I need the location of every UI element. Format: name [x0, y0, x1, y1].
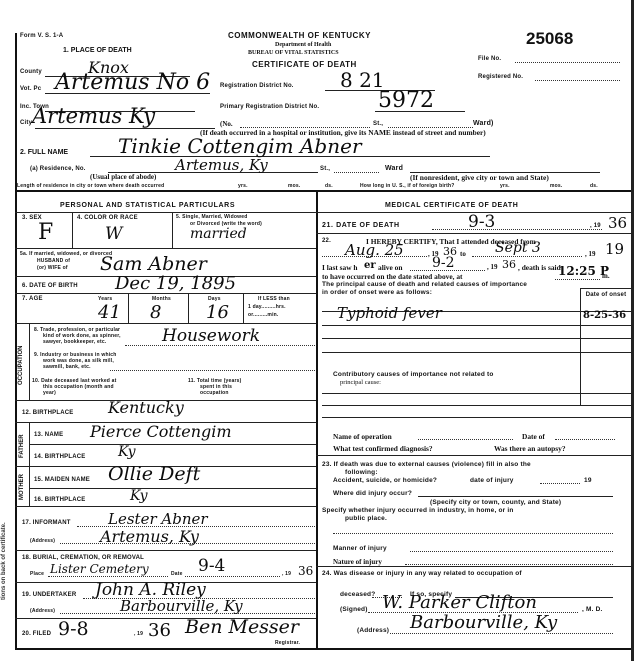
signed-label: (Signed) [340, 606, 368, 613]
last-saw-label: I last saw h [322, 263, 358, 272]
marital-label-1: 5. Single, Married, Widowed [176, 214, 247, 220]
less-label-1: If LESS than [258, 296, 290, 302]
full-name-label: 2. FULL NAME [20, 149, 68, 156]
spouse-label-1: 5a. If married, widowed, or divorced [20, 251, 112, 257]
md-label: , M. D. [582, 606, 603, 613]
department: Department of Health [275, 42, 331, 48]
burial-date-value: 9-4 [198, 556, 225, 576]
st-label: St., [373, 121, 383, 127]
mother-name-value: Ollie Deft [108, 463, 200, 485]
state-title: COMMONWEALTH OF KENTUCKY [228, 31, 371, 40]
registrar-signature: Ben Messer [185, 616, 299, 638]
sex-value: F [38, 220, 53, 245]
mother-birthplace-value: Ky [130, 488, 147, 504]
cause-of-death-value: Typhoid fever [337, 304, 442, 322]
father-birthplace-label: 14. BIRTHPLACE [34, 454, 85, 460]
last-saw-value: 9-2 [432, 255, 455, 271]
registrar-label: Registrar. [275, 640, 300, 646]
undertaker-address-value: Barbourville, Ky [120, 597, 243, 615]
us-mos: mos. [550, 183, 562, 189]
physician-signature: W. Parker Clifton [382, 592, 537, 613]
full-name-value: Tinkie Cottengim Abner [118, 134, 362, 158]
injury-year-prefix: 19 [584, 477, 592, 484]
vot-value: Artemus No 6 [55, 70, 210, 95]
informant-label: 17. INFORMANT [22, 520, 71, 526]
burial-date-label: Date [171, 571, 183, 577]
onset-header: Date of onset [584, 292, 628, 298]
last-saw-year-prefix: , 19 [487, 263, 498, 271]
test-label: What test confirmed diagnosis? [333, 444, 433, 453]
trade-label-3: sawyer, bookkeeper, etc. [43, 339, 106, 345]
length-yrs: yrs. [238, 183, 248, 189]
filed-year-value: 36 [148, 620, 171, 641]
attended-to-value: Sept 3 [495, 240, 541, 256]
death-said-label: , death is said [518, 263, 561, 272]
us-yrs: yrs. [500, 183, 510, 189]
burial-label: 18. BURIAL, CREMATION, OR REMOVAL [22, 555, 144, 561]
length-mos: mos. [288, 183, 300, 189]
residence-st-label: St., [320, 166, 330, 172]
ward-label: Ward) [473, 120, 494, 127]
time-suffix: m. [602, 272, 610, 280]
to-label: to [460, 250, 466, 258]
mother-birthplace-label: 16. BIRTHPLACE [34, 497, 85, 503]
form-number: Form V. S. 1-A [20, 33, 63, 39]
us-ds: ds. [590, 183, 598, 189]
specify-label-2: public place. [345, 515, 387, 522]
column-divider [316, 190, 318, 650]
father-name-value: Pierce Cottengim [90, 422, 232, 441]
operation-label: Name of operation [333, 432, 392, 441]
form-right-border [631, 0, 634, 661]
operation-date-label: Date of [522, 432, 545, 441]
birthplace-value: Kentucky [108, 398, 184, 417]
father-side-label: FATHER [19, 434, 25, 458]
autopsy-label: Was there an autopsy? [494, 444, 566, 453]
date-of-death-value: 9-3 [468, 212, 495, 232]
informant-address-label: (Address) [30, 538, 55, 544]
total-time-label-3: occupation [200, 390, 229, 396]
file-no-label: File No. [478, 56, 501, 62]
primary-reg-label: Primary Registration District No. [220, 104, 319, 110]
stamp-number: 25068 [526, 29, 573, 49]
race-label: 4. COLOR OR RACE [77, 215, 138, 221]
us-residence-label: How long in U. S., if of foreign birth? [360, 183, 454, 189]
burial-place-value: Lister Cemetery [50, 562, 149, 576]
nonresident-note: (If nonresident, give city or town and S… [410, 173, 549, 182]
injury-date-label: date of injury [470, 477, 514, 484]
specify-label-1: Specify whether injury occurred in indus… [322, 507, 514, 514]
filed-label: 20. FILED [22, 631, 51, 637]
last-worked-label-3: year) [43, 390, 56, 396]
last-saw-pronoun: er [364, 260, 376, 271]
occupation-related-label: 24. Was disease or injury in any way rel… [322, 570, 522, 577]
burial-place-label: Place [30, 571, 44, 577]
days-value: 16 [206, 302, 229, 323]
external-label-2: following: [345, 469, 378, 476]
reg-district-label: Registration District No. [220, 83, 294, 89]
nature-label: Nature of injury [333, 558, 382, 566]
spouse-label-3: (or) WIFE of [37, 265, 68, 271]
residence-value: Artemus, Ky [175, 156, 268, 174]
race-value: W [105, 224, 122, 244]
residence-label: (a) Residence, No. [30, 166, 86, 172]
dod-year-prefix: , 19 [590, 223, 601, 229]
age-label: 7. AGE [22, 296, 43, 302]
accident-label: Accident, suicide, or homicide? [333, 477, 437, 484]
less-label-2: 1 day.........hrs. [248, 304, 286, 310]
filed-year-prefix: , 19 [134, 631, 143, 637]
mother-name-label: 15. MAIDEN NAME [34, 477, 90, 483]
attended-from-value: Aug. 25 [345, 241, 404, 259]
spouse-value: Sam Abner [100, 253, 207, 275]
informant-value: Lester Abner [108, 510, 208, 528]
usual-abode-note: (Usual place of abode) [90, 173, 156, 181]
occurred-label: to have occurred on the date stated abov… [322, 272, 462, 281]
father-birthplace-value: Ky [118, 444, 135, 460]
last-saw-year-value: 36 [502, 258, 516, 271]
undertaker-label: 19. UNDERTAKER [22, 592, 76, 598]
cause-label-2: in order of onset were as follows: [322, 289, 432, 296]
certify-number: 22. [322, 238, 331, 244]
length-ds: ds. [325, 183, 333, 189]
industry-label-3: sawmill, bank, etc. [43, 364, 91, 370]
physician-address-value: Barbourville, Ky [410, 612, 557, 633]
dod-year-value: 36 [608, 214, 627, 232]
medical-heading: MEDICAL CERTIFICATE OF DEATH [385, 202, 518, 209]
less-label-3: or.........min. [248, 312, 279, 318]
burial-year-prefix: , 19 [282, 571, 291, 577]
informant-address-value: Artemus, Ky [100, 527, 199, 546]
years-value: 41 [98, 302, 121, 323]
birthplace-label: 12. BIRTHPLACE [22, 410, 73, 416]
attended-to-year-value: 19 [605, 240, 624, 258]
cause-label-1: The principal cause of death and related… [322, 281, 527, 288]
onset-date-value: 8-25-36 [583, 310, 626, 321]
death-certificate: Form V. S. 1-A 1. PLACE OF DEATH COMMONW… [0, 0, 640, 661]
primary-reg-value: 5972 [378, 88, 434, 113]
father-name-label: 13. NAME [34, 432, 63, 438]
marital-value: married [190, 226, 247, 242]
dob-value: Dec 19, 1895 [115, 273, 236, 294]
undertaker-address-label: (Address) [30, 608, 55, 614]
county-label: County [20, 69, 42, 75]
trade-value: Housework [162, 326, 260, 346]
external-label-1: 23. If death was due to external causes … [322, 461, 531, 468]
manner-label: Manner of injury [333, 545, 387, 552]
where-label: Where did injury occur? [333, 490, 412, 497]
months-value: 8 [150, 302, 161, 323]
contributory-label-2: principal cause: [340, 379, 381, 386]
burial-year-value: 36 [298, 564, 313, 578]
where-note: (Specify city or town, county, and State… [430, 499, 561, 506]
deceased-label: deceased? [340, 591, 375, 598]
mother-side-label: MOTHER [19, 474, 25, 500]
city-value: Artemus Ky [32, 104, 155, 128]
place-of-death-heading: 1. PLACE OF DEATH [63, 47, 132, 54]
occupation-side-label: OCCUPATION [18, 346, 24, 385]
contributory-label-1: Contributory causes of importance not re… [333, 371, 494, 378]
alive-on-label: alive on [378, 263, 402, 272]
filed-value: 9-8 [58, 618, 89, 640]
bureau: BUREAU OF VITAL STATISTICS [248, 50, 339, 56]
residence-ward-label: Ward [385, 165, 403, 172]
attended-to-year-prefix: , 19 [585, 250, 596, 258]
city-label: City [20, 120, 32, 126]
physician-address-label: (Address) [357, 627, 389, 634]
spouse-label-2: HUSBAND of [37, 258, 70, 264]
length-residence-label: Length of residence in city or town wher… [17, 183, 164, 189]
form-left-border [15, 33, 17, 648]
registered-no-label: Registered No. [478, 74, 523, 80]
date-of-death-label: 21. DATE OF DEATH [322, 222, 400, 229]
margin-note: tions on back of certificate. [1, 522, 7, 600]
no-label: (No. [220, 120, 233, 128]
personal-heading: PERSONAL AND STATISTICAL PARTICULARS [60, 202, 235, 209]
vot-label: Vot. Pc [20, 86, 41, 92]
dob-label: 6. DATE OF BIRTH [22, 283, 78, 289]
